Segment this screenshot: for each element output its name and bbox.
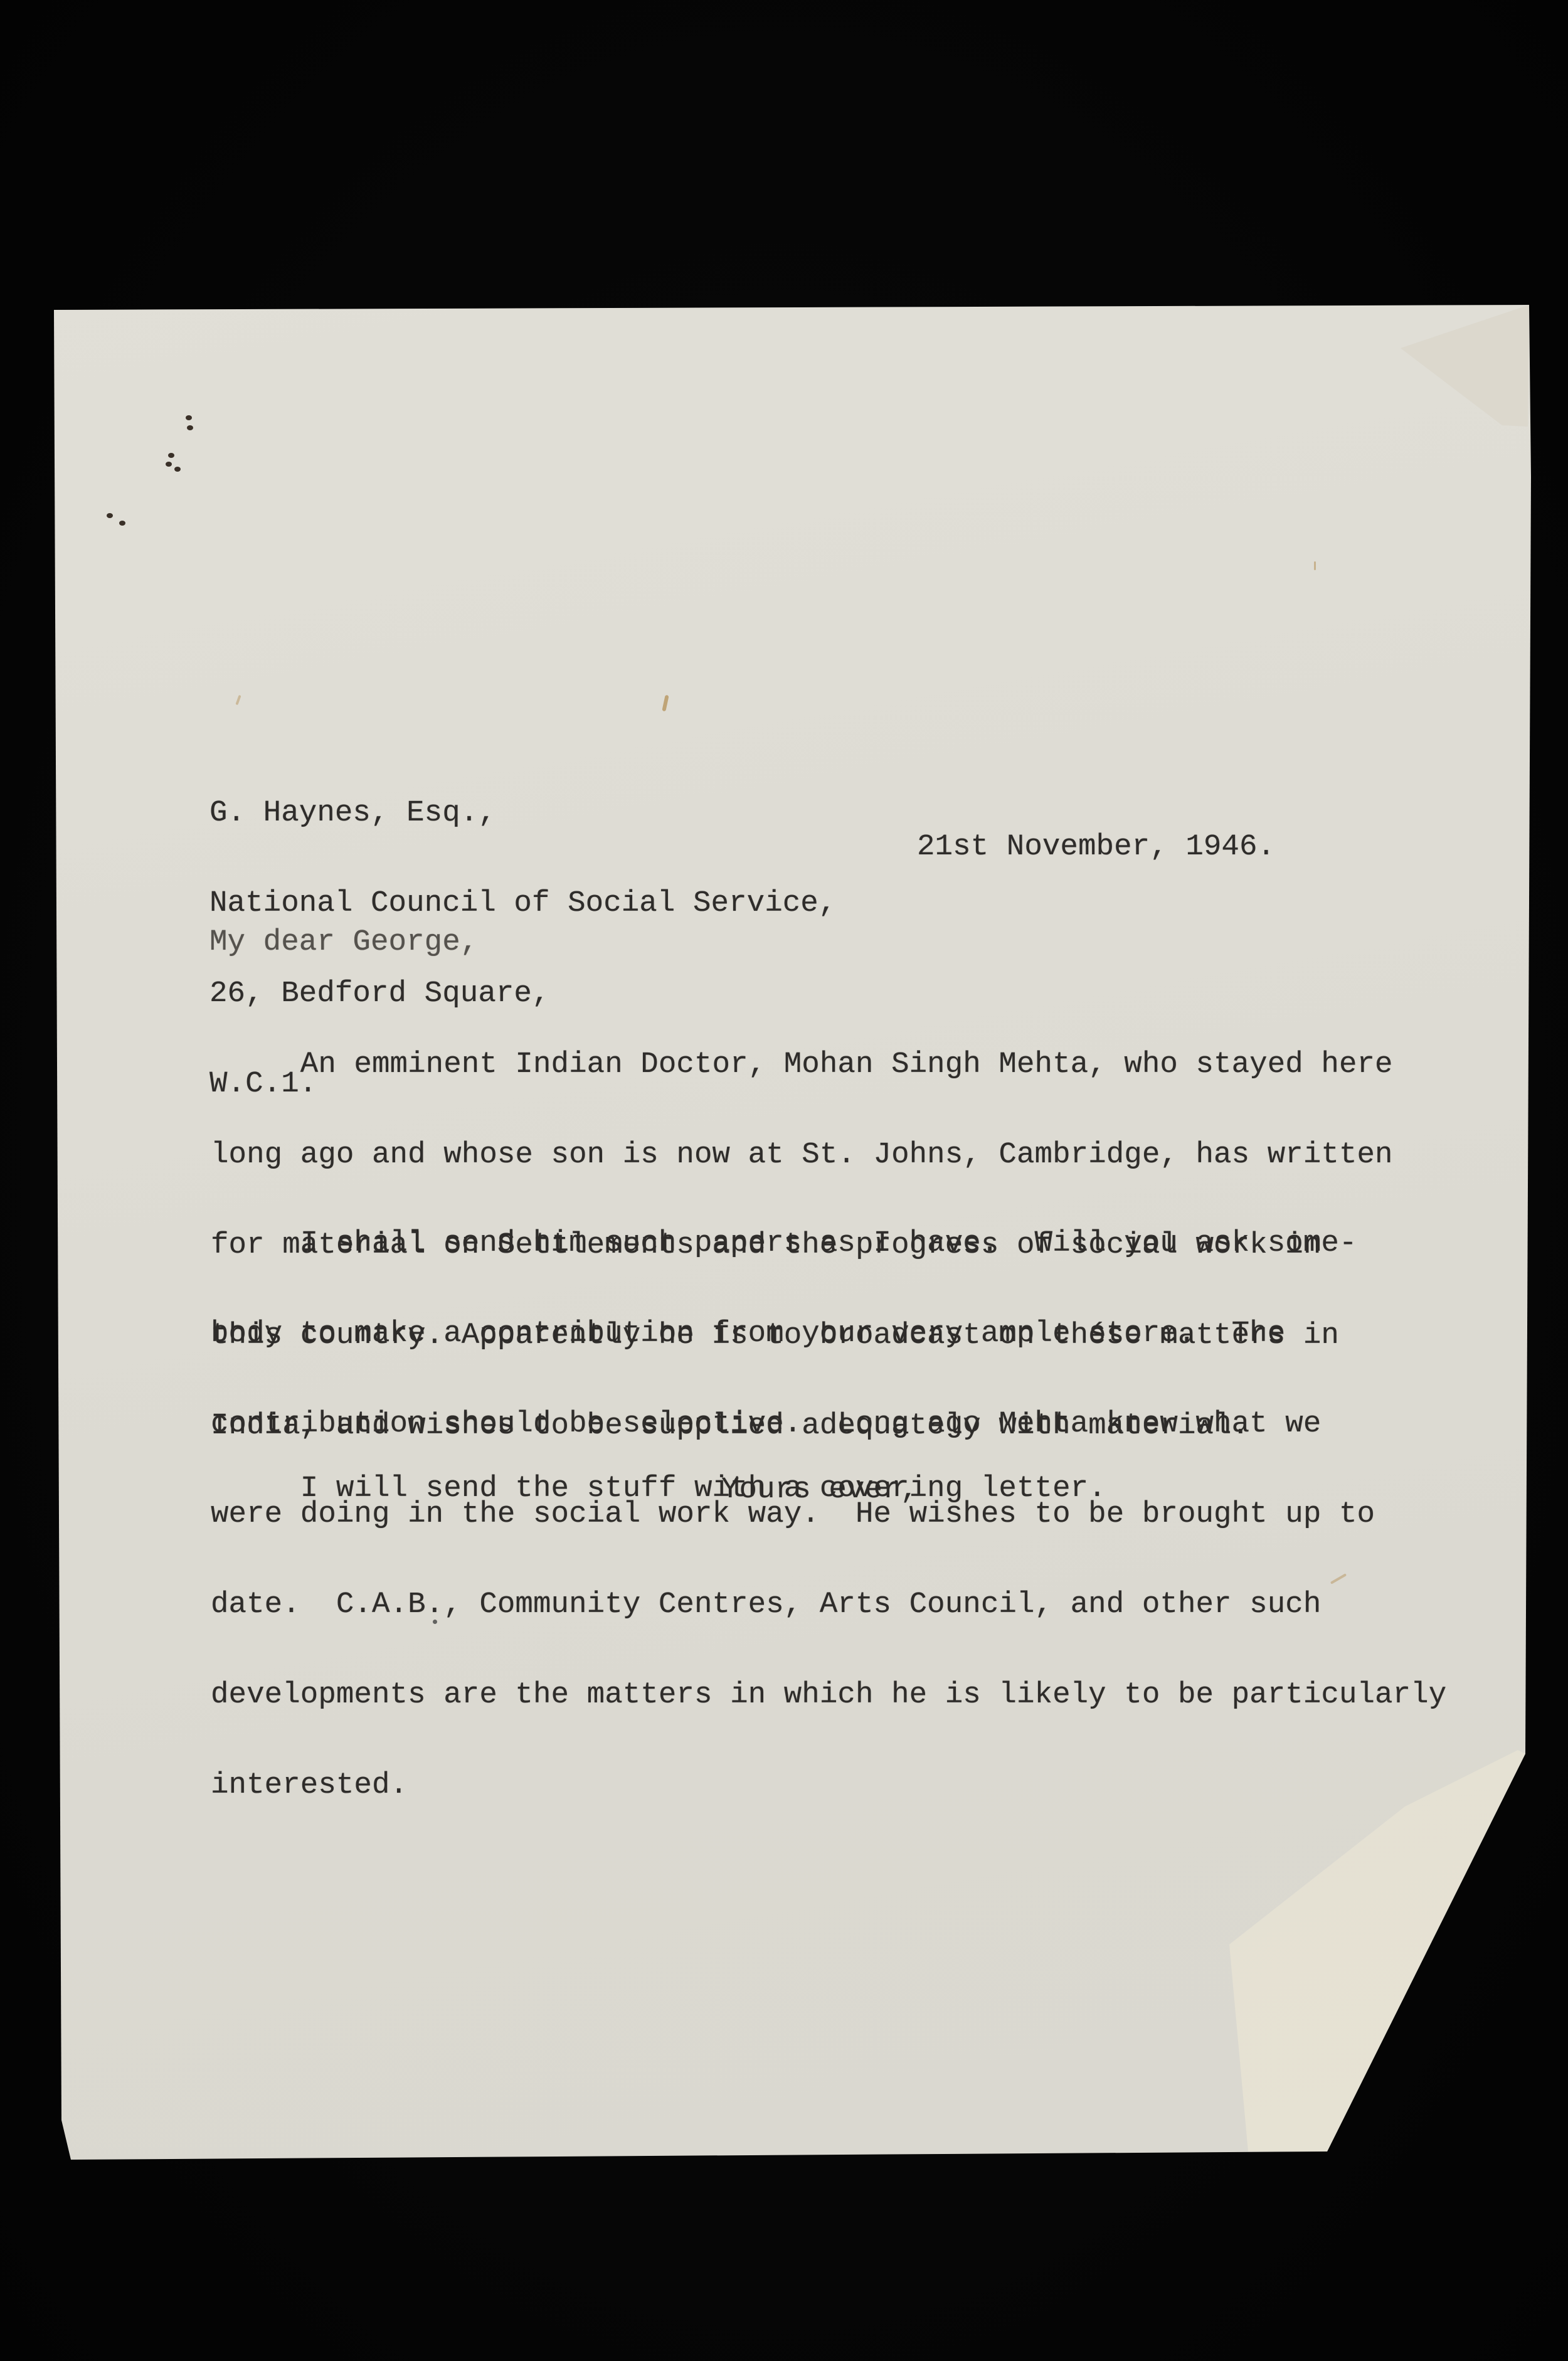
staple-hole (168, 453, 174, 458)
paragraph-line: developments are the matters in which he… (211, 1680, 1446, 1710)
paragraph-line: An emminent Indian Doctor, Mohan Singh M… (211, 1049, 1393, 1080)
recipient-name: G. Haynes, Esq., (209, 798, 836, 828)
paper-fiber (1314, 561, 1316, 570)
staple-hole (107, 513, 113, 518)
staple-hole (166, 462, 172, 467)
staple-hole (187, 425, 193, 430)
salutation: My dear George, (209, 927, 478, 957)
paragraph-line: body to make a contribution from your ve… (211, 1318, 1446, 1349)
closing: Yours ever, (721, 1475, 918, 1505)
staple-hole (119, 521, 125, 526)
paragraph-line: interested. (211, 1770, 1446, 1800)
paragraph-line: I will send the stuff with a covering le… (211, 1473, 1106, 1504)
paragraph-line: I shall send him such papers as I have. … (211, 1228, 1446, 1258)
recipient-organization: National Council of Social Service, (209, 888, 836, 918)
letter-date: 21st November, 1946. (917, 832, 1275, 862)
staple-hole (174, 467, 181, 472)
staple-hole (186, 415, 192, 420)
paragraph-line: date. C.A.B., Community Centres, Arts Co… (211, 1589, 1446, 1620)
paragraph-line: long ago and whose son is now at St. Joh… (211, 1140, 1393, 1170)
body-paragraph-3: I will send the stuff with a covering le… (211, 1413, 1106, 1534)
